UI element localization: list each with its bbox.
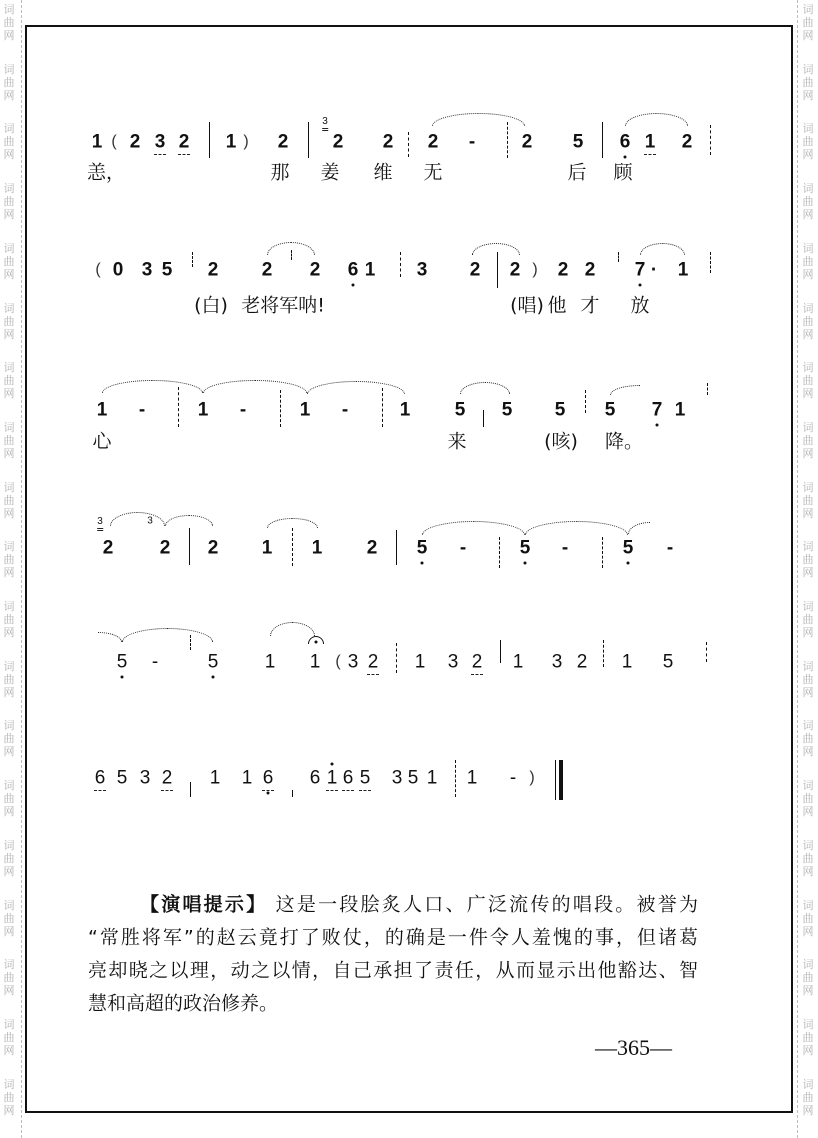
watermark-char-left: 网 [3,329,15,341]
note: 2 [278,133,289,152]
lyric-text: 老将军呐! [241,297,325,316]
note: 3 [348,653,359,672]
barline [499,537,500,568]
lyric-text: 无 [423,164,442,183]
barline [396,643,397,673]
note: - [562,539,568,558]
watermark-char-left: 网 [3,508,15,520]
barline [710,252,711,273]
low-octave-dot [639,284,642,287]
watermark-char-left: 网 [3,866,15,878]
watermark-char-right: 词 [802,243,814,255]
barline [603,640,604,667]
low-octave-dot [267,792,270,795]
lyric-text: 维 [373,164,392,183]
note: 1 [365,261,376,280]
low-octave-dot [627,562,630,565]
watermark-char-left: 曲 [3,853,15,865]
watermark-char-right: 网 [802,567,814,579]
low-octave-dot [121,676,124,679]
note: 2 [160,539,171,558]
parenthesis: ) [529,770,534,786]
note: 0 [113,261,124,280]
barline [507,122,508,158]
note: 1 [300,401,311,420]
note: 6 [263,769,274,788]
lyric-text: 放 [630,297,649,316]
note: 1 [467,769,478,788]
barline [400,252,401,277]
note: 1 [210,769,221,788]
watermark-char-right: 曲 [802,913,814,925]
lyric-text: 那 [270,164,289,183]
watermark-char-right: 词 [802,303,814,315]
watermark-char-right: 曲 [802,435,814,447]
high-octave-dot [331,763,334,766]
note: 2 [585,261,596,280]
watermark-char-left: 词 [3,1019,15,1031]
low-octave-dot [624,156,627,159]
watermark-char-left: 网 [3,30,15,42]
note: 1 [327,769,338,788]
watermark-char-right: 网 [802,90,814,102]
note: 5 [555,401,566,420]
note: 5 [520,539,531,558]
watermark-char-right: 词 [802,720,814,732]
watermark-char-right: 网 [802,448,814,460]
tip-line-3: 亮却晓之以理，动之以情，自己承担了责任，从而显示出他豁达、智 [88,955,698,988]
fermata-dot [315,641,318,644]
barline [602,537,603,568]
note: 1 [622,653,633,672]
watermark-char-right: 词 [802,780,814,792]
note: - [469,133,475,152]
watermark-char-right: 曲 [802,196,814,208]
low-octave-dot [212,676,215,679]
watermark-char-right: 网 [802,149,814,161]
watermark-char-right: 曲 [802,972,814,984]
barline [585,390,586,413]
watermark-char-right: 网 [802,30,814,42]
barline [189,528,190,565]
parenthesis: ( [335,654,340,670]
note: 1 [312,539,323,558]
parenthesis: ( [111,134,116,150]
barline [408,132,409,157]
note: 1 [513,653,524,672]
watermark-char-left: 曲 [3,256,15,268]
watermark-char-right: 词 [802,482,814,494]
watermark-char-right: 曲 [802,136,814,148]
note: 1 [645,133,656,152]
note: 2 [208,539,219,558]
grace-note: 3 [147,517,153,528]
note: 1 [310,653,321,672]
note: 5 [408,769,419,788]
note: 1 [400,401,411,420]
tip-label: 【演唱提示】 [140,894,267,916]
eighth-note-underline [94,790,106,791]
watermark-char-right: 曲 [802,17,814,29]
left-margin-dashed-line [21,0,22,1138]
barline [382,388,383,427]
watermark-char-left: 词 [3,601,15,613]
note: 3 [392,769,403,788]
barline [280,390,281,427]
tip-line-2: “常胜将军”的赵云竟打了败仗，的确是一件令人羞愧的事，但诸葛 [88,922,698,955]
watermark-char-left: 曲 [3,1032,15,1044]
barline [209,122,210,158]
final-barline-thick [559,760,563,800]
note: 6 [95,769,106,788]
watermark-char-right: 曲 [802,674,814,686]
watermark-char-left: 网 [3,90,15,102]
low-octave-dot [656,424,659,427]
barline [192,252,193,267]
note: 7 [635,261,646,280]
note: 5 [417,539,428,558]
watermark-char-right: 词 [802,959,814,971]
watermark-char-right: 曲 [802,495,814,507]
watermark-char-right: 网 [802,985,814,997]
watermark-char-left: 曲 [3,793,15,805]
watermark-char-right: 曲 [802,733,814,745]
note: 3 [142,261,153,280]
barline [602,122,603,158]
watermark-char-left: 词 [3,840,15,852]
barline [618,252,619,262]
watermark-char-right: 词 [802,541,814,553]
barline [190,635,191,650]
watermark-char-left: 曲 [3,136,15,148]
watermark-char-left: 词 [3,243,15,255]
watermark-char-left: 词 [3,362,15,374]
eighth-note-underline [326,790,338,791]
note: - [460,539,466,558]
watermark-char-left: 曲 [3,674,15,686]
low-octave-dot [421,562,424,565]
watermark-char-right: 网 [802,926,814,938]
note: 5 [117,653,128,672]
note: 5 [623,539,634,558]
book-page: 词词曲曲网网词词曲曲网网词词曲曲网网词词曲曲网网词词曲曲网网词词曲曲网网词词曲曲… [0,0,818,1138]
watermark-char-left: 网 [3,149,15,161]
watermark-char-right: 网 [802,388,814,400]
watermark-char-left: 词 [3,183,15,195]
note: 3 [417,261,428,280]
note: 1 [675,401,686,420]
watermark-char-left: 词 [3,720,15,732]
eighth-note-underline [367,674,379,675]
watermark-char-right: 曲 [802,793,814,805]
note: 2 [208,261,219,280]
watermark-char-right: 曲 [802,256,814,268]
right-margin-dashed-line [797,0,798,1138]
note: 1 [678,261,689,280]
watermark-char-left: 词 [3,780,15,792]
watermark-char-left: 曲 [3,733,15,745]
watermark-char-left: 曲 [3,196,15,208]
barline [707,383,708,395]
note: 5 [455,401,466,420]
note: 1 [97,401,108,420]
note: 2 [510,261,521,280]
barline [396,530,397,565]
note: - [152,653,158,672]
watermark-char-right: 词 [802,1079,814,1091]
note: - [667,539,673,558]
lyric-text: (唱) [510,297,544,316]
watermark-char-right: 词 [802,64,814,76]
low-octave-dot [352,284,355,287]
watermark-char-right: 曲 [802,853,814,865]
watermark-char-right: 网 [802,866,814,878]
watermark-char-left: 曲 [3,972,15,984]
barline [710,125,711,155]
note: 5 [605,401,616,420]
note: 1 [262,539,273,558]
note: 5 [162,261,173,280]
watermark-char-right: 词 [802,661,814,673]
watermark-char-left: 网 [3,1105,15,1117]
watermark-char-right: 词 [802,362,814,374]
watermark-char-right: 曲 [802,1032,814,1044]
watermark-char-right: 词 [802,601,814,613]
note: 2 [367,539,378,558]
lyric-text: 恙， [87,164,125,183]
watermark-char-left: 曲 [3,316,15,328]
barline [500,640,501,663]
tip-text: 这是一段脍炙人口、广泛流传的唱段。被誉为 [267,894,698,916]
watermark-char-left: 网 [3,209,15,221]
barline [455,760,456,797]
barline [292,528,293,566]
watermark-char-right: 曲 [802,1092,814,1104]
note: 2 [262,261,273,280]
grace-note: 3 [322,117,328,131]
final-barline-thin [555,760,556,800]
lyric-text: 后 [567,164,586,183]
note: - [342,401,348,420]
parenthesis: ) [532,262,537,278]
watermark-char-left: 曲 [3,435,15,447]
note: 2 [428,133,439,152]
eighth-note-underline [178,154,190,155]
note: 2 [103,539,114,558]
lyric-text: 顾 [613,164,632,183]
barline [483,410,484,427]
lyric-text: 降。 [605,433,643,452]
note: 1 [92,133,103,152]
tip-line-4: 慧和高超的政治修养。 [88,988,698,1021]
watermark-char-left: 网 [3,806,15,818]
watermark-char-right: 曲 [802,77,814,89]
watermark-char-right: 网 [802,1105,814,1117]
note: 2 [472,653,483,672]
watermark-char-right: 曲 [802,375,814,387]
lyric-text: 姜 [320,164,339,183]
watermark-char-left: 词 [3,541,15,553]
note: 2 [162,769,173,788]
note: 3 [448,653,459,672]
watermark-char-left: 网 [3,985,15,997]
note: 3 [155,133,166,152]
note: 1 [265,653,276,672]
lyric-text: 来 [447,433,466,452]
watermark-char-left: 词 [3,123,15,135]
watermark-char-right: 词 [802,422,814,434]
eighth-note-underline [154,154,166,155]
watermark-char-right: 网 [802,209,814,221]
watermark-char-right: 网 [802,329,814,341]
note: 5 [117,769,128,788]
note: 6 [348,261,359,280]
watermark-char-left: 词 [3,1079,15,1091]
grace-note: 3 [97,517,103,531]
lyric-text: 他 [547,297,566,316]
note: 5 [208,653,219,672]
note: 3 [552,653,563,672]
eighth-note-underline [471,674,483,675]
note: 1 [415,653,426,672]
watermark-char-right: 词 [802,900,814,912]
watermark-char-right: 词 [802,183,814,195]
watermark-char-right: 网 [802,508,814,520]
watermark-char-right: 网 [802,1045,814,1057]
barline [190,782,191,797]
note: 2 [682,133,693,152]
note: 1 [242,769,253,788]
note: - [510,769,516,788]
lyric-text: (咳) [544,433,578,452]
note: 5 [573,133,584,152]
note: 1 [226,133,237,152]
lyric-text: (白) [194,297,228,316]
watermark-char-left: 曲 [3,375,15,387]
note: 5 [502,401,513,420]
barline [178,387,179,427]
note: 3 [140,769,151,788]
note: · [651,261,657,280]
eighth-note-underline [342,790,354,791]
watermark-char-left: 曲 [3,554,15,566]
parenthesis: ) [243,134,248,150]
tip-line-1: 【演唱提示】 这是一段脍炙人口、广泛流传的唱段。被誉为 [140,889,698,922]
watermark-char-right: 网 [802,746,814,758]
barline [308,122,309,158]
watermark-char-right: 网 [802,627,814,639]
watermark-char-left: 网 [3,687,15,699]
note: 2 [470,261,481,280]
note: 2 [179,133,190,152]
page-number: —365— [595,1036,672,1060]
barline [292,790,293,797]
barline [497,252,498,288]
eighth-note-underline [359,790,371,791]
note: 1 [198,401,209,420]
note: 2 [558,261,569,280]
note: 1 [427,769,438,788]
watermark-char-left: 词 [3,661,15,673]
watermark-char-right: 网 [802,687,814,699]
watermark-char-right: 词 [802,840,814,852]
note: 2 [368,653,379,672]
eighth-note-underline [161,790,173,791]
watermark-char-left: 网 [3,567,15,579]
watermark-char-left: 网 [3,746,15,758]
watermark-char-left: 曲 [3,77,15,89]
barline [706,642,707,662]
note: 2 [310,261,321,280]
note: 2 [522,133,533,152]
watermark-char-left: 网 [3,269,15,281]
watermark-char-right: 网 [802,269,814,281]
watermark-char-left: 网 [3,926,15,938]
note: 2 [383,133,394,152]
watermark-char-right: 曲 [802,614,814,626]
watermark-char-left: 曲 [3,495,15,507]
watermark-char-left: 词 [3,4,15,16]
note: 2 [577,653,588,672]
watermark-char-left: 网 [3,388,15,400]
watermark-char-right: 词 [802,4,814,16]
parenthesis: ( [95,262,100,278]
watermark-char-left: 词 [3,959,15,971]
watermark-char-left: 词 [3,482,15,494]
note: 2 [333,133,344,152]
watermark-char-left: 词 [3,303,15,315]
watermark-char-left: 曲 [3,913,15,925]
note: - [240,401,246,420]
barline [291,250,292,260]
watermark-char-left: 词 [3,422,15,434]
watermark-char-right: 网 [802,806,814,818]
watermark-char-right: 词 [802,123,814,135]
note: - [139,401,145,420]
eighth-note-underline [644,154,656,155]
watermark-char-right: 词 [802,1019,814,1031]
note: 6 [343,769,354,788]
lyric-text: 心 [92,433,111,452]
note: 5 [663,653,674,672]
note: 2 [130,133,141,152]
watermark-char-left: 词 [3,64,15,76]
watermark-char-left: 网 [3,448,15,460]
watermark-char-left: 网 [3,1045,15,1057]
note: 7 [652,401,663,420]
watermark-char-right: 曲 [802,316,814,328]
watermark-char-left: 曲 [3,17,15,29]
lyric-text: 才 [580,297,599,316]
watermark-char-left: 网 [3,627,15,639]
note: 6 [310,769,321,788]
note: 6 [620,133,631,152]
watermark-char-left: 曲 [3,1092,15,1104]
low-octave-dot [524,562,527,565]
watermark-char-right: 曲 [802,554,814,566]
note: 5 [360,769,371,788]
watermark-char-left: 词 [3,900,15,912]
watermark-char-left: 曲 [3,614,15,626]
